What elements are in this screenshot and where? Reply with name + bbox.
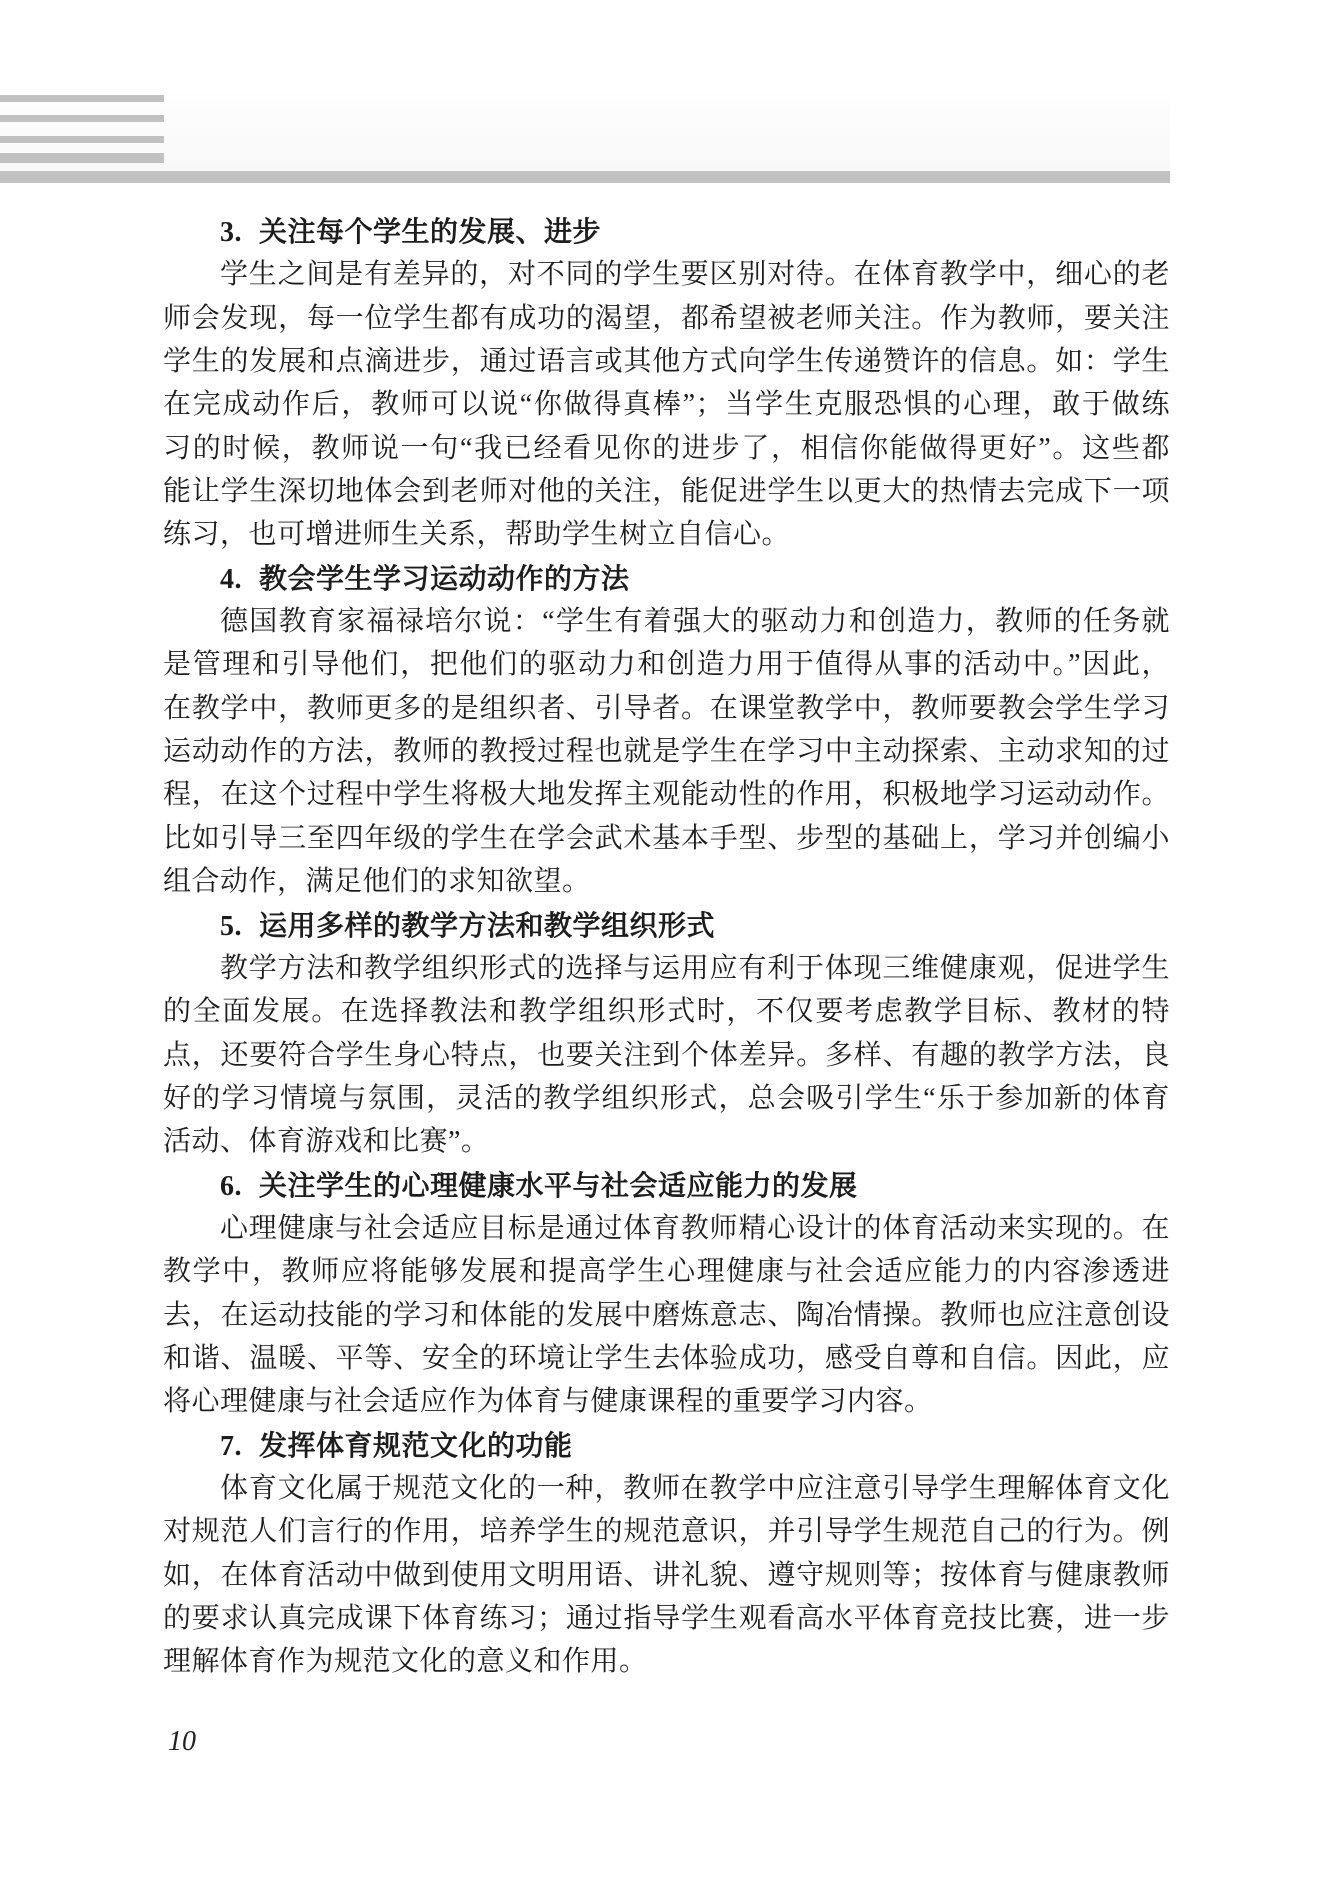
section-heading: 7.发挥体育规范文化的功能	[163, 1424, 1170, 1467]
header-decoration-bar	[0, 136, 164, 143]
section-heading: 6.关注学生的心理健康水平与社会适应能力的发展	[163, 1164, 1170, 1207]
body-line: 学生的发展和点滴进步，通过语言或其他方式向学生传递赞许的信息。如：学生	[163, 340, 1170, 383]
body-line: 练习，也可增进师生关系，帮助学生树立自信心。	[163, 513, 1170, 556]
body-line: 的要求认真完成课下体育练习；通过指导学生观看高水平体育竞技比赛，进一步	[163, 1597, 1170, 1640]
body-line: 学生之间是有差异的，对不同的学生要区别对待。在体育教学中，细心的老	[163, 253, 1170, 296]
content: 3.关注每个学生的发展、进步学生之间是有差异的，对不同的学生要区别对待。在体育教…	[163, 210, 1170, 1684]
body-line: 比如引导三至四年级的学生在学会武术基本手型、步型的基础上，学习并创编小	[163, 817, 1170, 860]
body-line: 如，在体育活动中做到使用文明用语、讲礼貌、遵守规则等；按体育与健康教师	[163, 1554, 1170, 1597]
body-line: 师会发现，每一位学生都有成功的渴望，都希望被老师关注。作为教师，要关注	[163, 297, 1170, 340]
section-number: 4.	[220, 564, 242, 595]
body-line: 将心理健康与社会适应作为体育与健康课程的重要学习内容。	[163, 1380, 1170, 1423]
header-decoration-bar	[0, 153, 164, 163]
body-line: 去，在运动技能的学习和体能的发展中磨炼意志、陶冶情操。教师也应注意创设	[163, 1294, 1170, 1337]
section-number: 5.	[220, 911, 242, 942]
section-heading: 4.教会学生学习运动动作的方法	[163, 557, 1170, 600]
page-number: 10	[168, 1726, 196, 1758]
section-number: 3.	[220, 217, 242, 248]
body-line: 教学方法和教学组织形式的选择与运用应有利于体现三维健康观，促进学生	[163, 947, 1170, 990]
body-line: 心理健康与社会适应目标是通过体育教师精心设计的体育活动来实现的。在	[163, 1207, 1170, 1250]
section-heading: 3.关注每个学生的发展、进步	[163, 210, 1170, 253]
header-rule-bar	[0, 171, 1170, 183]
body-line: 在完成动作后，教师可以说“你做得真棒”；当学生克服恐惧的心理，敢于做练	[163, 383, 1170, 426]
body-line: 体育文化属于规范文化的一种，教师在教学中应注意引导学生理解体育文化	[163, 1467, 1170, 1510]
header-decoration-bar	[0, 95, 164, 102]
body-line: 习的时候，教师说一句“我已经看见你的进步了，相信你能做得更好”。这些都	[163, 427, 1170, 470]
body-line: 点，还要符合学生身心特点，也要关注到个体差异。多样、有趣的教学方法，良	[163, 1034, 1170, 1077]
book-page: 3.关注每个学生的发展、进步学生之间是有差异的，对不同的学生要区别对待。在体育教…	[0, 0, 1331, 1884]
body-line: 的全面发展。在选择教法和教学组织形式时，不仅要考虑教学目标、教材的特	[163, 990, 1170, 1033]
body-line: 教学中，教师应将能够发展和提高学生心理健康与社会适应能力的内容渗透进	[163, 1250, 1170, 1293]
section-number: 7.	[220, 1431, 242, 1462]
section-title: 运用多样的教学方法和教学组织形式	[259, 910, 715, 941]
body-line: 程，在这个过程中学生将极大地发挥主观能动性的作用，积极地学习运动动作。	[163, 773, 1170, 816]
body-line: 是管理和引导他们，把他们的驱动力和创造力用于值得从事的活动中。”因此，	[163, 643, 1170, 686]
body-line: 活动、体育游戏和比赛”。	[163, 1120, 1170, 1163]
header-decoration-bar	[0, 115, 164, 122]
body-line: 和谐、温暖、平等、安全的环境让学生去体验成功，感受自尊和自信。因此，应	[163, 1337, 1170, 1380]
section-title: 发挥体育规范文化的功能	[259, 1430, 573, 1461]
section-number: 6.	[220, 1171, 242, 1202]
body-line: 组合动作，满足他们的求知欲望。	[163, 860, 1170, 903]
body-line: 理解体育作为规范文化的意义和作用。	[163, 1640, 1170, 1683]
section-title: 关注学生的心理健康水平与社会适应能力的发展	[259, 1170, 858, 1201]
body-line: 在教学中，教师更多的是组织者、引导者。在课堂教学中，教师要教会学生学习	[163, 687, 1170, 730]
body-line: 好的学习情境与氛围，灵活的教学组织形式，总会吸引学生“乐于参加新的体育	[163, 1077, 1170, 1120]
section-title: 关注每个学生的发展、进步	[259, 216, 601, 247]
body-line: 对规范人们言行的作用，培养学生的规范意识，并引导学生规范自己的行为。例	[163, 1510, 1170, 1553]
header-gradient-panel	[0, 93, 1170, 171]
body-line: 运动动作的方法，教师的教授过程也就是学生在学习中主动探索、主动求知的过	[163, 730, 1170, 773]
section-heading: 5.运用多样的教学方法和教学组织形式	[163, 904, 1170, 947]
body-line: 德国教育家福禄培尔说：“学生有着强大的驱动力和创造力，教师的任务就	[163, 600, 1170, 643]
section-title: 教会学生学习运动动作的方法	[259, 563, 630, 594]
body-line: 能让学生深切地体会到老师对他的关注，能促进学生以更大的热情去完成下一项	[163, 470, 1170, 513]
